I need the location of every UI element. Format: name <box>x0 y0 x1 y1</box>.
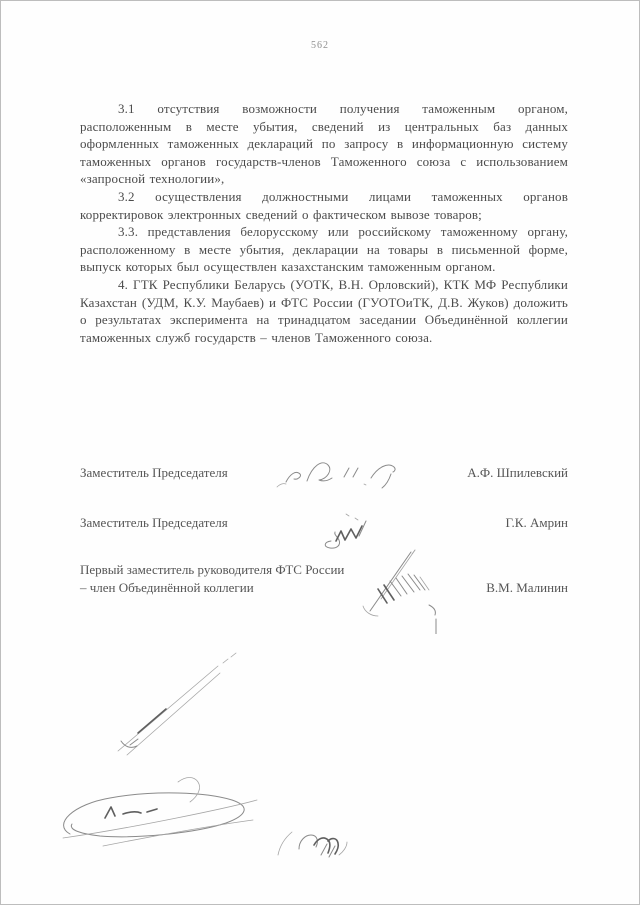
stray-small-scribble <box>269 813 351 868</box>
document-body: 3.1 отсутствия возможности получения там… <box>80 100 568 346</box>
signature-row: Первый заместитель руководителя ФТС Росс… <box>80 561 568 596</box>
signature-title: Первый заместитель руководителя ФТС Росс… <box>80 561 348 596</box>
signature-name: А.Ф. Шпилевский <box>467 464 568 482</box>
signature-title: Заместитель Председателя <box>80 464 228 482</box>
stray-pen-stroke <box>106 651 241 761</box>
signature-name: В.М. Малинин <box>486 579 568 597</box>
signature-row: Заместитель Председателя А.Ф. Шпилевский <box>80 464 568 482</box>
scanned-document-page: 562 3.1 отсутствия возможности получения… <box>0 0 640 905</box>
page-number: 562 <box>1 40 639 51</box>
paragraph-3-2: 3.2 осуществления должностными лицами та… <box>80 188 568 223</box>
signature-name: Г.К. Амрин <box>506 514 569 532</box>
signature-title: Заместитель Председателя <box>80 514 228 532</box>
stray-signature-scribble <box>43 776 263 861</box>
signature-row: Заместитель Председателя Г.К. Амрин <box>80 514 568 532</box>
paragraph-4: 4. ГТК Республики Беларусь (УОТК, В.Н. О… <box>80 276 568 346</box>
paragraph-3-3: 3.3. представления белорусскому или росс… <box>80 223 568 276</box>
paragraph-3-1: 3.1 отсутствия возможности получения там… <box>80 100 568 188</box>
